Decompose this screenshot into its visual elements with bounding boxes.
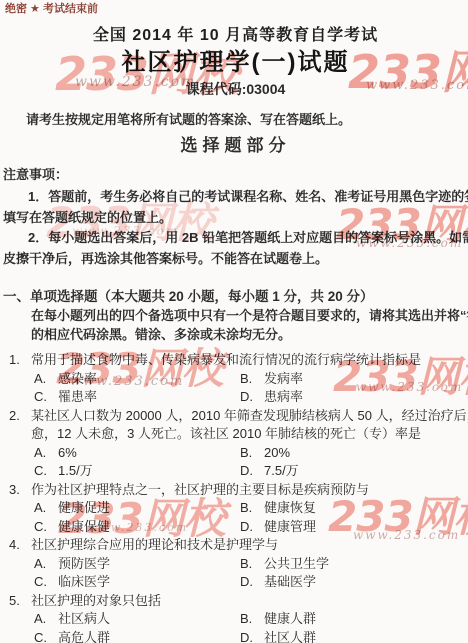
option-label: B. xyxy=(240,499,256,518)
option-c: C.罹患率 xyxy=(34,388,240,407)
option-label: C. xyxy=(34,388,50,407)
option-a: A.6% xyxy=(34,444,240,463)
option-d: D.患病率 xyxy=(240,388,468,407)
question-2: 2.某社区人口数为 20000 人，2010 年筛查发现肺结核病人 50 人，经… xyxy=(3,407,468,481)
note-2-line-2: 皮擦干净后，再选涂其他答案标号。不能答在试题卷上。 xyxy=(3,249,468,270)
section-instruction-line-2: 的相应代码涂黑。错涂、多涂或未涂均无分。 xyxy=(3,325,468,344)
option-text: 患病率 xyxy=(264,389,303,404)
question-text-continued: 愈，12 人未愈，3 人死亡。该社区 2010 年肺结核的死亡（专）率是 xyxy=(3,425,468,444)
section-header: 一、单项选择题（本大题共 20 小题，每小题 1 分，共 20 分） xyxy=(3,287,468,306)
option-label: B. xyxy=(240,370,256,389)
option-label: A. xyxy=(34,444,50,463)
question-4: 4.社区护理综合应用的理论和技术是护理学与 A.预防医学 B.公共卫生学 C.临… xyxy=(3,536,468,592)
question-number: 3. xyxy=(9,481,31,500)
options-row: C.1.5/万 D.7.5/万 xyxy=(3,462,468,481)
option-b: B.发病率 xyxy=(240,370,468,389)
option-d: D.基础医学 xyxy=(240,573,468,592)
question-3: 3.作为社区护理特点之一，社区护理的主要目标是疾病预防与 A.健康促进 B.健康… xyxy=(3,481,468,537)
option-text: 社区病人 xyxy=(58,611,110,626)
option-text: 健康人群 xyxy=(264,611,316,626)
option-text: 基础医学 xyxy=(264,574,316,589)
notes-heading: 注意事项： xyxy=(3,168,468,182)
question-text: 社区护理综合应用的理论和技术是护理学与 xyxy=(31,536,278,555)
options-row: A.健康促进 B.健康恢复 xyxy=(3,499,468,518)
option-a: A.健康促进 xyxy=(34,499,240,518)
options-row: C.罹患率 D.患病率 xyxy=(3,388,468,407)
option-label: D. xyxy=(240,462,256,481)
question-text: 作为社区护理特点之一，社区护理的主要目标是疾病预防与 xyxy=(31,481,369,500)
option-text: 高危人群 xyxy=(58,630,110,643)
option-text: 7.5/万 xyxy=(264,463,299,478)
option-c: C.高危人群 xyxy=(34,629,240,643)
option-b: B.公共卫生学 xyxy=(240,555,468,574)
option-label: C. xyxy=(34,518,50,537)
option-text: 公共卫生学 xyxy=(264,556,329,571)
question-1: 1.常用于描述食物中毒、传染病暴发和流行情况的流行病学统计指标是 A.感染率 B… xyxy=(3,351,468,407)
options-row: C.临床医学 D.基础医学 xyxy=(3,573,468,592)
question-number: 2. xyxy=(9,407,31,426)
option-text: 罹患率 xyxy=(58,389,97,404)
option-label: C. xyxy=(34,629,50,643)
option-label: A. xyxy=(34,610,50,629)
question-stem: 3.作为社区护理特点之一，社区护理的主要目标是疾病预防与 xyxy=(3,481,468,500)
option-label: B. xyxy=(240,555,256,574)
question-text: 常用于描述食物中毒、传染病暴发和流行情况的流行病学统计指标是 xyxy=(31,351,421,370)
section-instruction-line-1: 在每小题列出的四个备选项中只有一个是符合题目要求的，请将其选出并将“答题纸” xyxy=(3,306,468,325)
course-code: 课程代码:03004 xyxy=(3,82,468,97)
document-content: 绝密 ★ 考试结束前 全国 2014 年 10 月高等教育自学考试 社区护理学(… xyxy=(0,3,468,643)
options-row: A.预防医学 B.公共卫生学 xyxy=(3,555,468,574)
option-label: D. xyxy=(240,573,256,592)
option-text: 预防医学 xyxy=(58,556,110,571)
option-label: B. xyxy=(240,610,256,629)
option-text: 临床医学 xyxy=(58,574,110,589)
option-a: A.预防医学 xyxy=(34,555,240,574)
option-text: 发病率 xyxy=(264,371,303,386)
option-a: A.社区病人 xyxy=(34,610,240,629)
question-5: 5.社区护理的对象只包括 A.社区病人 B.健康人群 C.高危人群 D.社区人群 xyxy=(3,592,468,643)
security-classification: 绝密 ★ 考试结束前 xyxy=(5,3,468,16)
option-text: 健康促进 xyxy=(58,500,110,515)
options-row: A.社区病人 B.健康人群 xyxy=(3,610,468,629)
question-stem: 5.社区护理的对象只包括 xyxy=(3,592,468,611)
option-text: 社区人群 xyxy=(264,630,316,643)
option-text: 1.5/万 xyxy=(58,463,93,478)
question-text: 某社区人口数为 20000 人，2010 年筛查发现肺结核病人 50 人，经过治… xyxy=(31,407,468,426)
options-row: C.高危人群 D.社区人群 xyxy=(3,629,468,643)
option-text: 健康保健 xyxy=(58,519,110,534)
question-text: 社区护理的对象只包括 xyxy=(31,592,161,611)
option-text: 健康管理 xyxy=(264,519,316,534)
options-row: C.健康保健 D.健康管理 xyxy=(3,518,468,537)
option-label: C. xyxy=(34,573,50,592)
question-number: 1. xyxy=(9,351,31,370)
option-label: A. xyxy=(34,555,50,574)
question-number: 5. xyxy=(9,592,31,611)
option-label: D. xyxy=(240,629,256,643)
note-1-line-1: 1．答题前，考生务必将自己的考试课程名称、姓名、准考证号用黑色字迹的签字笔或钢笔 xyxy=(3,187,468,208)
options-row: A.感染率 B.发病率 xyxy=(3,370,468,389)
option-c: C.临床医学 xyxy=(34,573,240,592)
question-stem: 4.社区护理综合应用的理论和技术是护理学与 xyxy=(3,536,468,555)
option-text: 20% xyxy=(264,445,290,460)
note-2-line-1: 2．每小题选出答案后，用 2B 铅笔把答题纸上对应题目的答案标号涂黑。如需改动，… xyxy=(3,228,468,249)
options-row: A.6% B.20% xyxy=(3,444,468,463)
option-c: C.1.5/万 xyxy=(34,462,240,481)
question-number: 4. xyxy=(9,536,31,555)
option-text: 健康恢复 xyxy=(264,500,316,515)
exam-paper-page: 233网校 www.233.com 233网校 www.233.com 233网… xyxy=(0,0,468,643)
option-label: C. xyxy=(34,462,50,481)
option-label: A. xyxy=(34,370,50,389)
question-stem: 2.某社区人口数为 20000 人，2010 年筛查发现肺结核病人 50 人，经… xyxy=(3,407,468,426)
part-heading: 选择题部分 xyxy=(3,136,468,156)
option-d: D.健康管理 xyxy=(240,518,468,537)
option-label: D. xyxy=(240,518,256,537)
option-label: A. xyxy=(34,499,50,518)
option-c: C.健康保健 xyxy=(34,518,240,537)
option-b: B.20% xyxy=(240,444,468,463)
note-1-line-2: 填写在答题纸规定的位置上。 xyxy=(3,208,468,229)
option-text: 6% xyxy=(58,445,77,460)
option-b: B.健康恢复 xyxy=(240,499,468,518)
exam-title: 社区护理学(一)试题 xyxy=(3,49,468,77)
option-label: D. xyxy=(240,388,256,407)
option-text: 感染率 xyxy=(58,371,97,386)
option-a: A.感染率 xyxy=(34,370,240,389)
exam-session: 全国 2014 年 10 月高等教育自学考试 xyxy=(3,27,468,44)
option-d: D.社区人群 xyxy=(240,629,468,643)
option-b: B.健康人群 xyxy=(240,610,468,629)
option-d: D.7.5/万 xyxy=(240,462,468,481)
option-label: B. xyxy=(240,444,256,463)
answer-instruction: 请考生按规定用笔将所有试题的答案涂、写在答题纸上。 xyxy=(3,112,468,127)
question-stem: 1.常用于描述食物中毒、传染病暴发和流行情况的流行病学统计指标是 xyxy=(3,351,468,370)
